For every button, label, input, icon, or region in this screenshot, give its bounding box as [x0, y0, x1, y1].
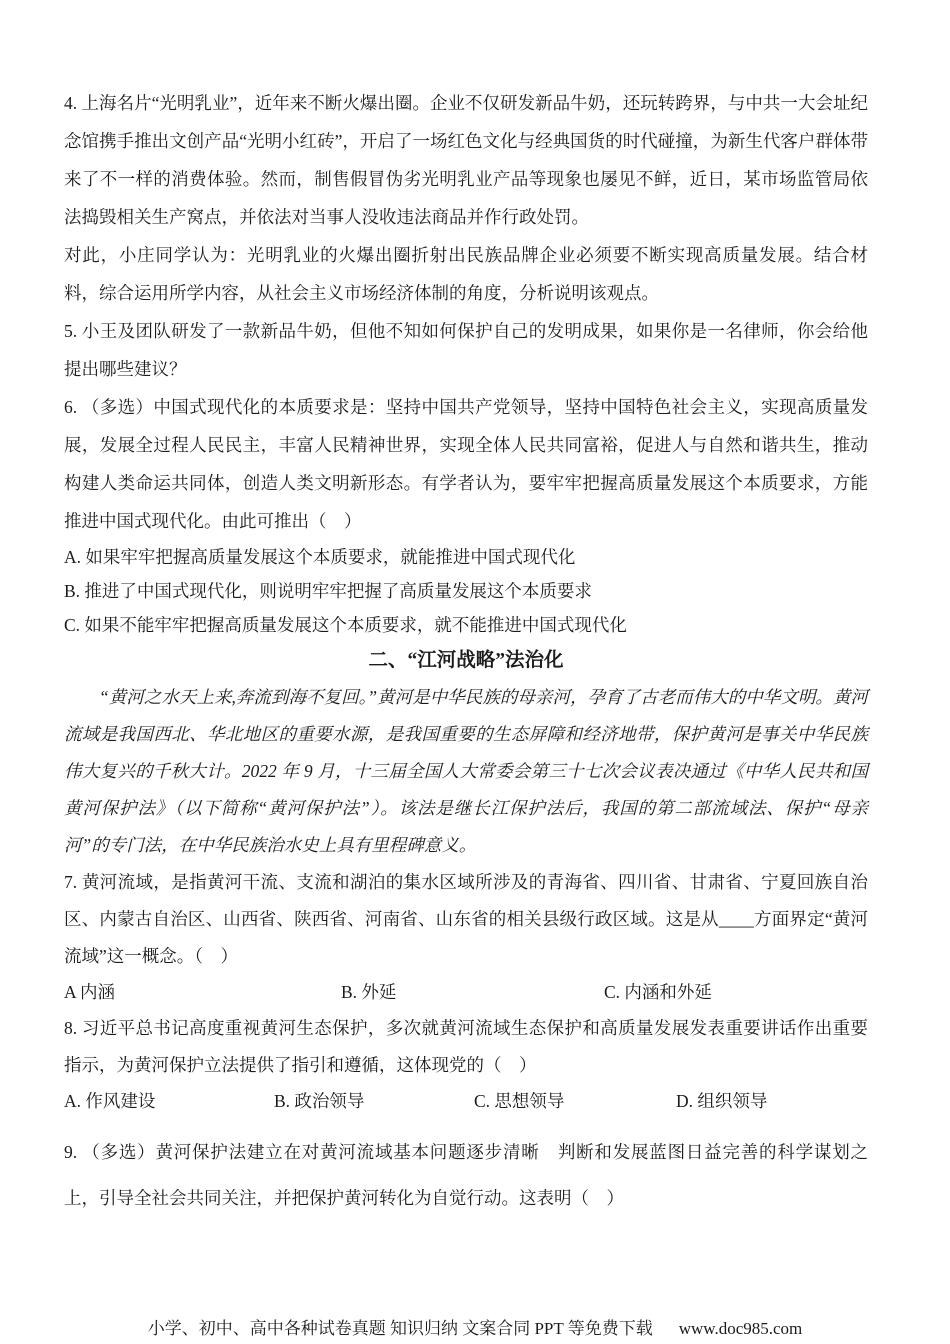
question-4-text: 4. 上海名片“光明乳业”，近年来不断火爆出圈。企业不仅研发新品牛奶，还玩转跨界…: [64, 84, 868, 236]
question-8-option-a: A. 作风建设: [64, 1084, 274, 1119]
question-8-options-row: A. 作风建设 B. 政治领导 C. 思想领导 D. 组织领导: [64, 1084, 868, 1119]
question-8-option-b: B. 政治领导: [274, 1084, 474, 1119]
document-page: 4. 上海名片“光明乳业”，近年来不断火爆出圈。企业不仅研发新品牛奶，还玩转跨界…: [64, 84, 868, 1221]
question-6-text: 6. （多选）中国式现代化的本质要求是：坚持中国共产党领导，坚持中国特色社会主义…: [64, 388, 868, 540]
question-9-text: 9. （多选）黄河保护法建立在对黄河流域基本问题逐步清晰 判断和发展蓝图日益完善…: [64, 1129, 868, 1221]
question-5-text: 5. 小王及团队研发了一款新品牛奶，但他不知如何保护自己的发明成果，如果你是一名…: [64, 312, 868, 388]
question-7-option-b: B. 外延: [341, 975, 604, 1010]
question-6-option-a: A. 如果牢牢把握高质量发展这个本质要求，就能推进中国式现代化: [64, 540, 868, 574]
question-8-option-c: C. 思想领导: [474, 1084, 676, 1119]
question-4-task-text: 对此，小庄同学认为：光明乳业的火爆出圈折射出民族品牌企业必须要不断实现高质量发展…: [64, 236, 868, 312]
question-6-option-c: C. 如果不能牢牢把握高质量发展这个本质要求，就不能推进中国式现代化: [64, 608, 868, 642]
passage-text: “黄河之水天上来,奔流到海不复回。”黄河是中华民族的母亲河，孕育了古老而伟大的中…: [64, 679, 868, 864]
question-7-text: 7. 黄河流域，是指黄河干流、支流和湖泊的集水区域所涉及的青海省、四川省、甘肃省…: [64, 864, 868, 975]
question-6-option-b: B. 推进了中国式现代化，则说明牢牢把握了高质量发展这个本质要求: [64, 574, 868, 608]
question-7-option-a: A 内涵: [64, 975, 341, 1010]
question-8-option-d: D. 组织领导: [676, 1084, 767, 1119]
footer-url-link[interactable]: www.doc985.com: [679, 1319, 803, 1338]
question-7-options-row: A 内涵 B. 外延 C. 内涵和外延: [64, 975, 868, 1010]
section-2-heading: 二、“江河战略”法治化: [64, 642, 868, 679]
page-footer: 小学、初中、高中各种试卷真题 知识归纳 文案合同 PPT 等免费下载www.do…: [0, 1319, 950, 1339]
question-7-option-c: C. 内涵和外延: [604, 975, 712, 1010]
question-8-text: 8. 习近平总书记高度重视黄河生态保护，多次就黄河流域生态保护和高质量发展发表重…: [64, 1010, 868, 1084]
footer-promo-text: 小学、初中、高中各种试卷真题 知识归纳 文案合同 PPT 等免费下载: [148, 1319, 653, 1338]
